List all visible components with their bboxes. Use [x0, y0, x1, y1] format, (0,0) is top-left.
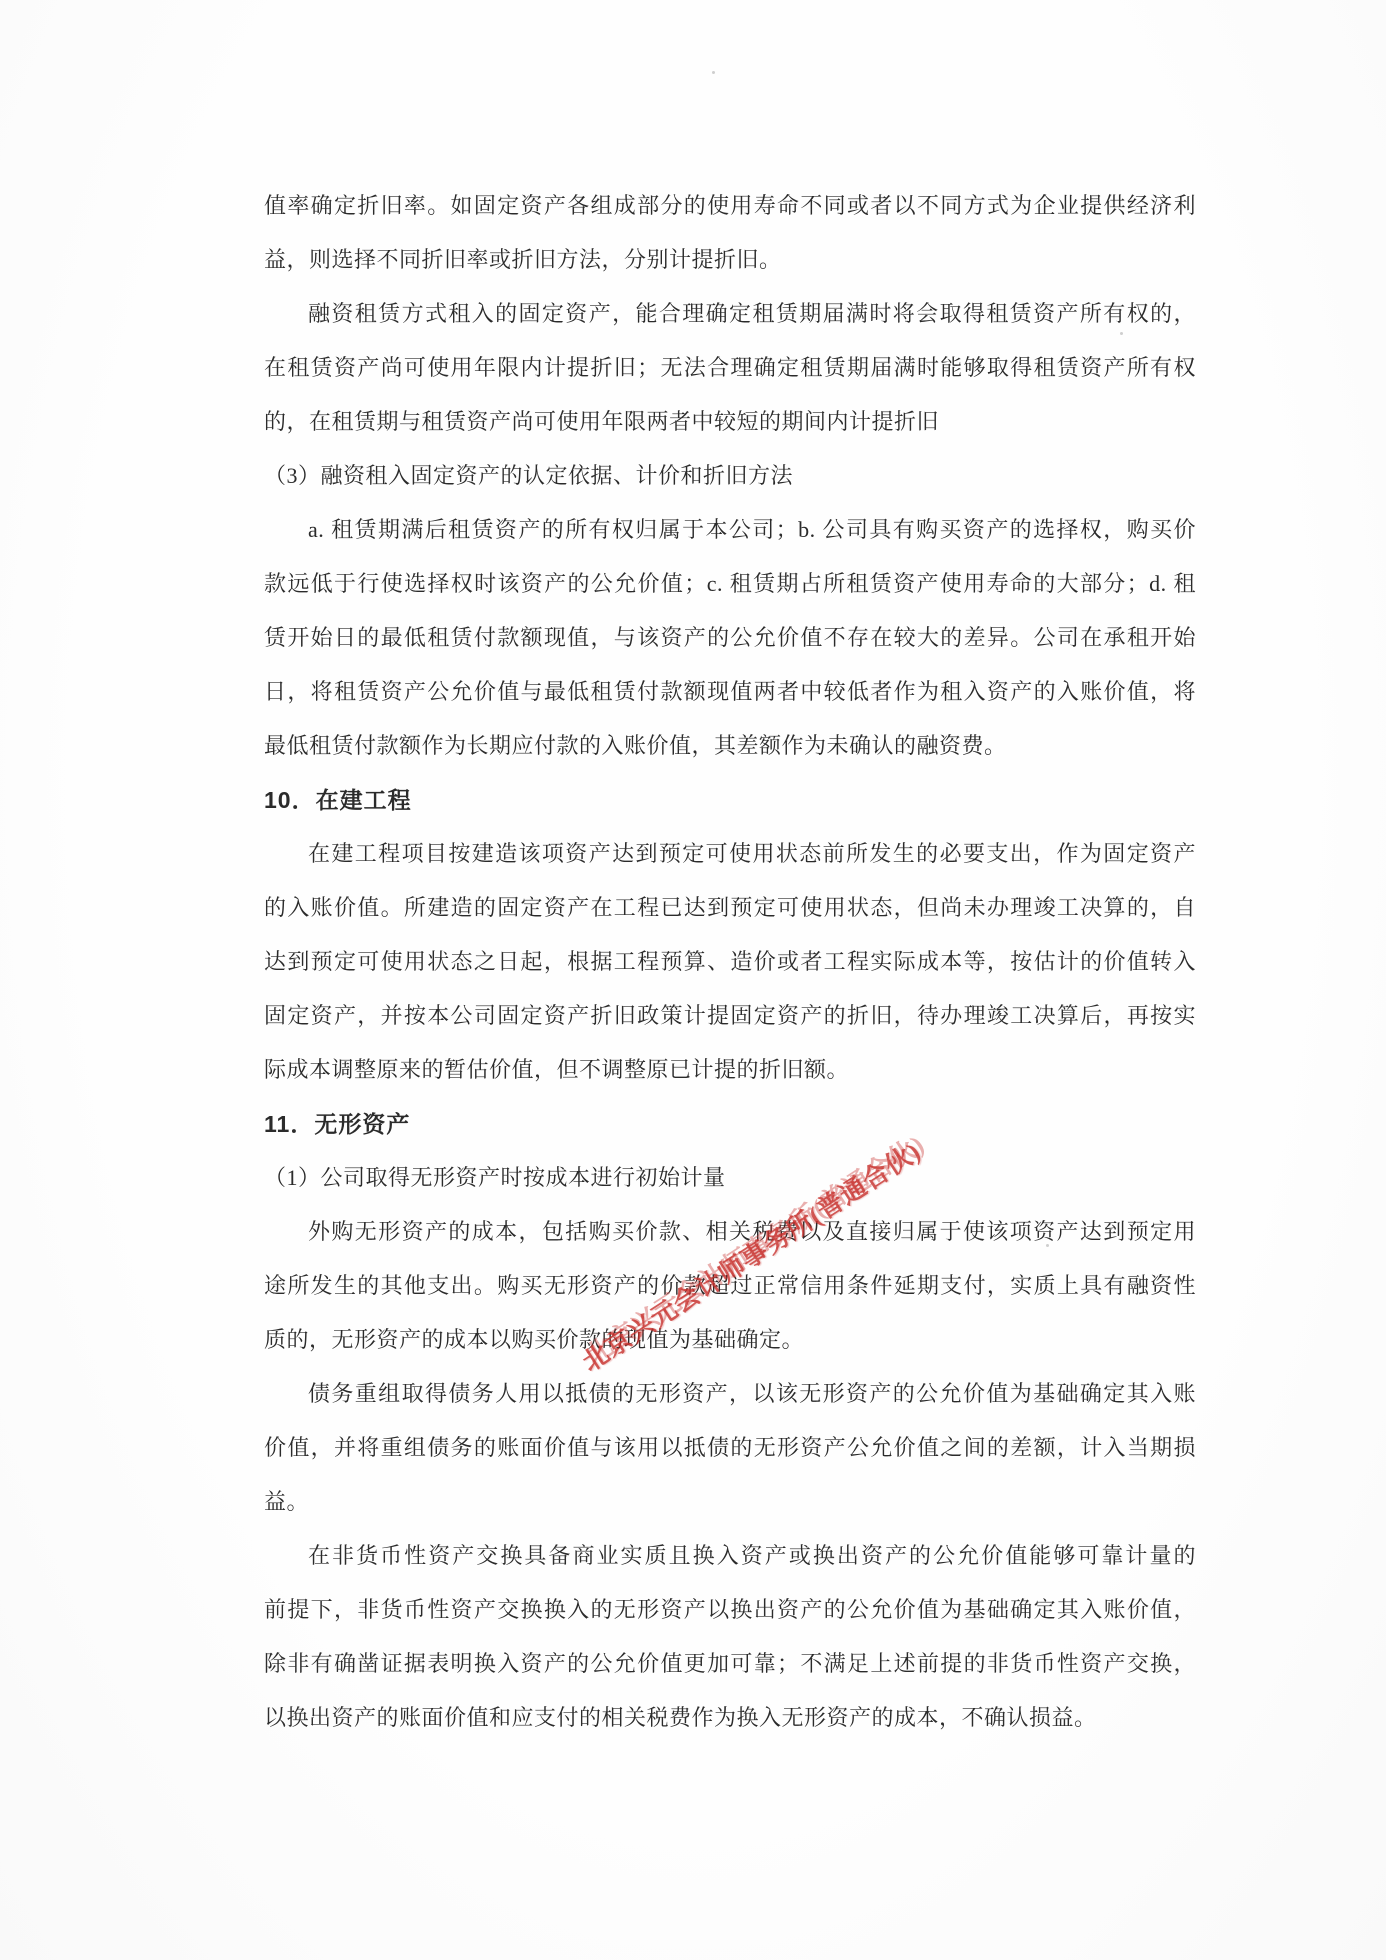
text-line: 益。 — [264, 1475, 1196, 1529]
text-line: 在非货币性资产交换具备商业实质且换入资产或换出资产的公允价值能够可靠计量的 — [264, 1529, 1196, 1583]
text-line: 的，在租赁期与租赁资产尚可使用年限两者中较短的期间内计提折旧 — [264, 395, 1196, 449]
text-line: 款远低于行使选择权时该资产的公允价值；c. 租赁期占所租赁资产使用寿命的大部分；… — [264, 557, 1196, 611]
section-heading: 11．无形资产 — [264, 1097, 1196, 1151]
scan-speck — [1120, 332, 1123, 335]
text-line: 价值，并将重组债务的账面价值与该用以抵债的无形资产公允价值之间的差额，计入当期损 — [264, 1421, 1196, 1475]
section-heading: 10．在建工程 — [264, 773, 1196, 827]
text-line: 固定资产，并按本公司固定资产折旧政策计提固定资产的折旧，待办理竣工决算后，再按实 — [264, 989, 1196, 1043]
text-line: （1）公司取得无形资产时按成本进行初始计量 — [264, 1151, 1196, 1205]
text-line: 前提下，非货币性资产交换换入的无形资产以换出资产的公允价值为基础确定其入账价值， — [264, 1583, 1196, 1637]
text-line: 日，将租赁资产公允价值与最低租赁付款额现值两者中较低者作为租入资产的入账价值，将 — [264, 665, 1196, 719]
text-line: 债务重组取得债务人用以抵债的无形资产，以该无形资产的公允价值为基础确定其入账 — [264, 1367, 1196, 1421]
text-line: 在租赁资产尚可使用年限内计提折旧；无法合理确定租赁期届满时能够取得租赁资产所有权 — [264, 341, 1196, 395]
text-block: 值率确定折旧率。如固定资产各组成部分的使用寿命不同或者以不同方式为企业提供经济利… — [264, 179, 1196, 1745]
text-line: 在建工程项目按建造该项资产达到预定可使用状态前所发生的必要支出，作为固定资产 — [264, 827, 1196, 881]
scan-speck — [712, 71, 715, 74]
text-line: （3）融资租入固定资产的认定依据、计价和折旧方法 — [264, 449, 1196, 503]
text-line: a. 租赁期满后租赁资产的所有权归属于本公司；b. 公司具有购买资产的选择权，购… — [264, 503, 1196, 557]
text-line: 的入账价值。所建造的固定资产在工程已达到预定可使用状态，但尚未办理竣工决算的，自 — [264, 881, 1196, 935]
text-line: 除非有确凿证据表明换入资产的公允价值更加可靠；不满足上述前提的非货币性资产交换， — [264, 1637, 1196, 1691]
text-line: 外购无形资产的成本，包括购买价款、相关税费以及直接归属于使该项资产达到预定用 — [264, 1205, 1196, 1259]
text-line: 质的，无形资产的成本以购买价款的现值为基础确定。 — [264, 1313, 1196, 1367]
text-line: 融资租赁方式租入的固定资产，能合理确定租赁期届满时将会取得租赁资产所有权的， — [264, 287, 1196, 341]
text-line: 益，则选择不同折旧率或折旧方法，分别计提折旧。 — [264, 233, 1196, 287]
text-line: 赁开始日的最低租赁付款额现值，与该资产的公允价值不存在较大的差异。公司在承租开始 — [264, 611, 1196, 665]
text-line: 最低租赁付款额作为长期应付款的入账价值，其差额作为未确认的融资费。 — [264, 719, 1196, 773]
text-line: 值率确定折旧率。如固定资产各组成部分的使用寿命不同或者以不同方式为企业提供经济利 — [264, 179, 1196, 233]
text-line: 以换出资产的账面价值和应支付的相关税费作为换入无形资产的成本，不确认损益。 — [264, 1691, 1196, 1745]
text-line: 途所发生的其他支出。购买无形资产的价款超过正常信用条件延期支付，实质上具有融资性 — [264, 1259, 1196, 1313]
scan-speck — [1046, 1244, 1049, 1247]
text-line: 际成本调整原来的暂估价值，但不调整原已计提的折旧额。 — [264, 1043, 1196, 1097]
document-page: 值率确定折旧率。如固定资产各组成部分的使用寿命不同或者以不同方式为企业提供经济利… — [0, 0, 1386, 1960]
text-line: 达到预定可使用状态之日起，根据工程预算、造价或者工程实际成本等，按估计的价值转入 — [264, 935, 1196, 989]
